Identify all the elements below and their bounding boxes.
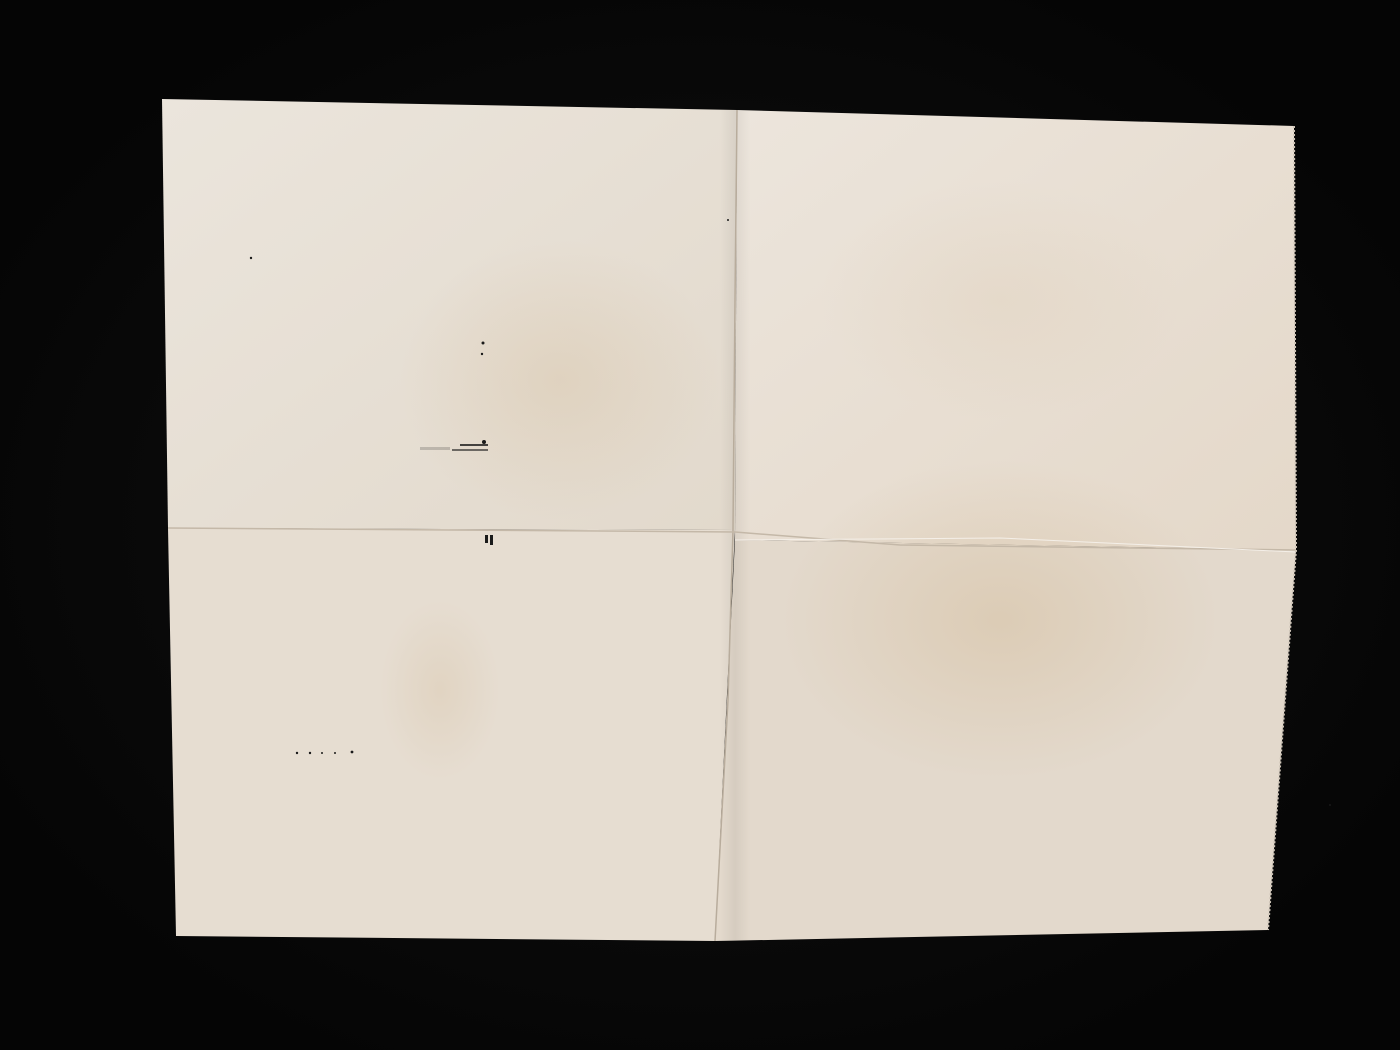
black-background [0, 0, 1400, 1050]
paper-illustration [0, 0, 1400, 1050]
paper-sheet [0, 0, 1400, 1050]
